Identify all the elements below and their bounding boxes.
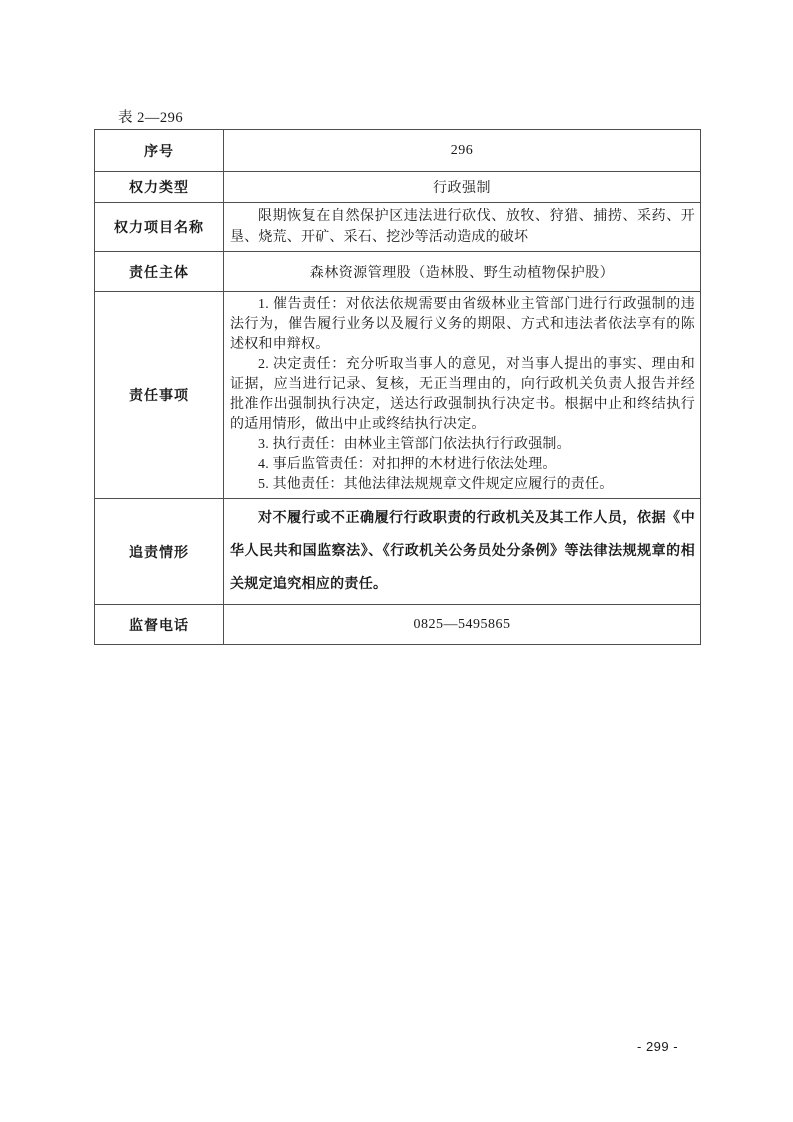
table-row-accountability-circumstances: 追责情形 对不履行或不正确履行行政职责的行政机关及其工作人员，依据《中华人民共和… [95,499,701,605]
table-caption: 表 2—296 [118,106,183,127]
row-value-supervision-phone: 0825—5495865 [224,605,701,645]
table-row-power-item-name: 权力项目名称 限期恢复在自然保护区违法进行砍伐、放牧、狩猎、捕捞、采药、开垦、烧… [95,203,701,252]
row-value-responsibility-items: 1. 催告责任：对依法依规需要由省级林业主管部门进行行政强制的违法行为，催告履行… [224,292,701,499]
responsibility-item-1: 1. 催告责任：对依法依规需要由省级林业主管部门进行行政强制的违法行为，催告履行… [230,295,695,355]
row-value-accountability-circumstances: 对不履行或不正确履行行政职责的行政机关及其工作人员，依据《中华人民共和国监察法》… [224,499,701,605]
row-label-supervision-phone: 监督电话 [95,605,224,645]
power-responsibility-table: 序号 296 权力类型 行政强制 权力项目名称 限期恢复在自然保护区违法进行砍伐… [94,129,701,645]
row-value-serial-number: 296 [224,130,701,172]
row-label-accountability-circumstances: 追责情形 [95,499,224,605]
table-row-responsibility-items: 责任事项 1. 催告责任：对依法依规需要由省级林业主管部门进行行政强制的违法行为… [95,292,701,499]
document-page: 表 2—296 序号 296 权力类型 行政强制 权力项目名称 限期恢复在自然保… [0,0,793,1122]
row-label-responsibility-items: 责任事项 [95,292,224,499]
responsibility-item-5: 5. 其他责任：其他法律法规规章文件规定应履行的责任。 [230,475,695,495]
page-number: - 299 - [637,1039,678,1054]
row-value-responsible-subject: 森林资源管理股（造林股、野生动植物保护股） [224,252,701,292]
power-item-name-paragraph: 限期恢复在自然保护区违法进行砍伐、放牧、狩猎、捕捞、采药、开垦、烧荒、开矿、采石… [230,206,695,248]
row-label-serial-number: 序号 [95,130,224,172]
table-row-serial-number: 序号 296 [95,130,701,172]
table-row-power-type: 权力类型 行政强制 [95,172,701,203]
row-label-power-type: 权力类型 [95,172,224,203]
row-label-power-item-name: 权力项目名称 [95,203,224,252]
accountability-paragraph: 对不履行或不正确履行行政职责的行政机关及其工作人员，依据《中华人民共和国监察法》… [230,502,695,601]
table-row-supervision-phone: 监督电话 0825—5495865 [95,605,701,645]
row-value-power-item-name: 限期恢复在自然保护区违法进行砍伐、放牧、狩猎、捕捞、采药、开垦、烧荒、开矿、采石… [224,203,701,252]
row-value-power-type: 行政强制 [224,172,701,203]
responsibility-item-4: 4. 事后监管责任：对扣押的木材进行依法处理。 [230,455,695,475]
responsibility-item-2: 2. 决定责任：充分听取当事人的意见，对当事人提出的事实、理由和证据，应当进行记… [230,355,695,435]
responsibility-item-3: 3. 执行责任：由林业主管部门依法执行行政强制。 [230,435,695,455]
table-row-responsible-subject: 责任主体 森林资源管理股（造林股、野生动植物保护股） [95,252,701,292]
row-label-responsible-subject: 责任主体 [95,252,224,292]
